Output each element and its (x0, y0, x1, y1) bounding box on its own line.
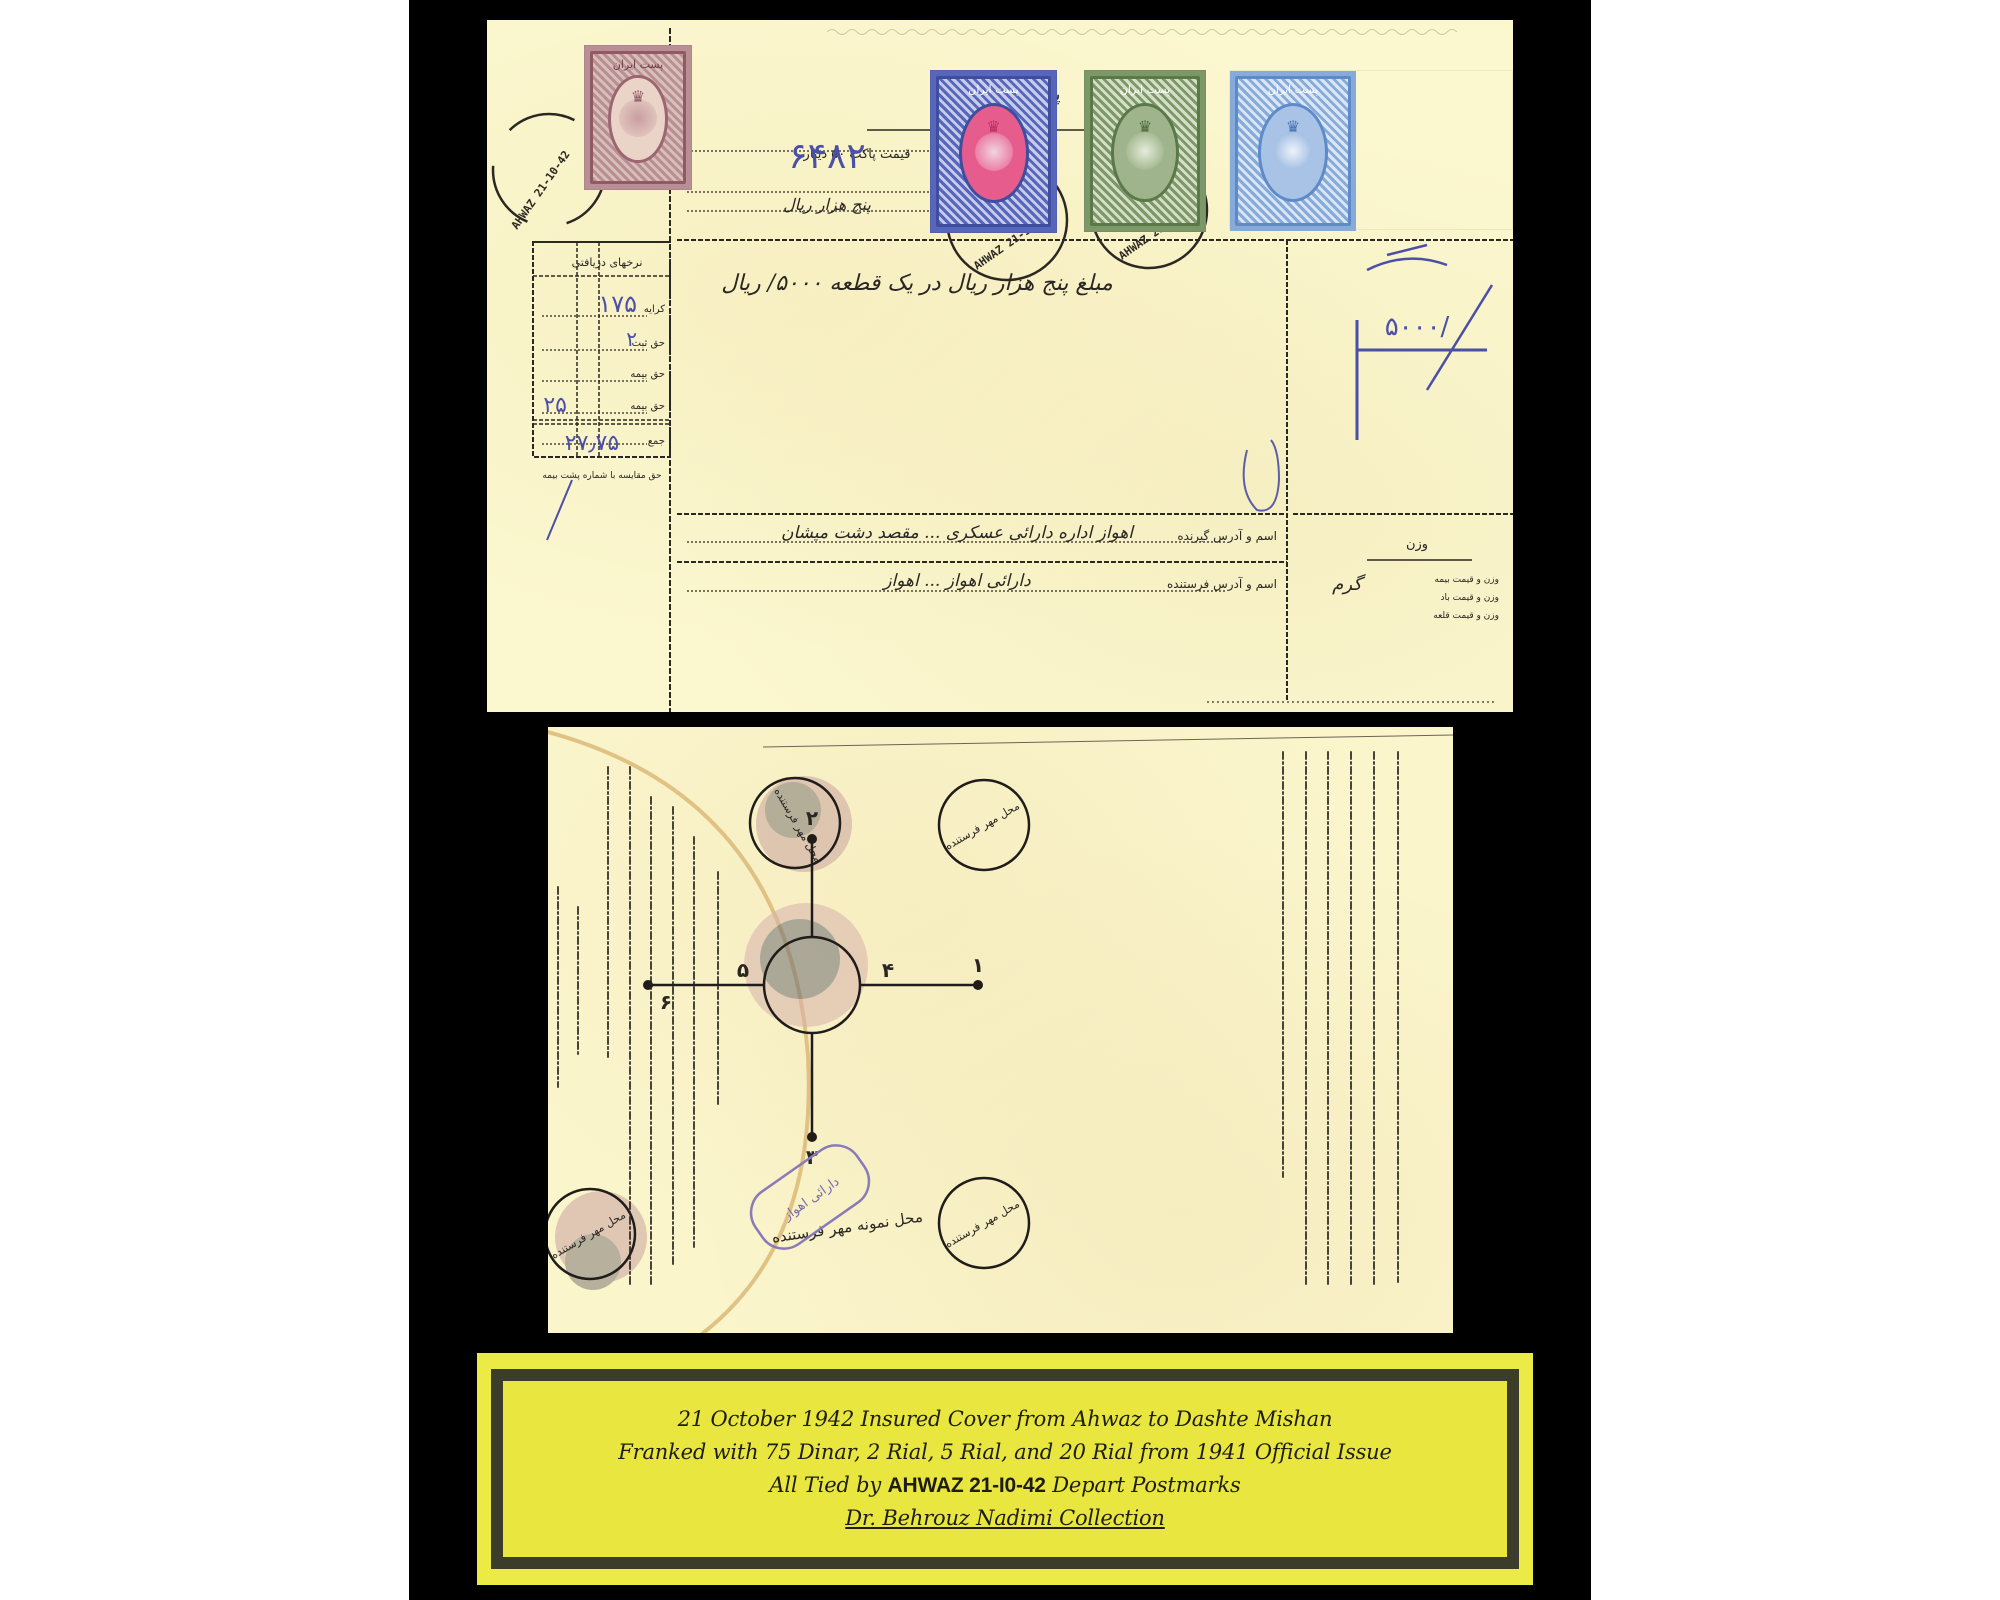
declared-value-handwritten: پنج هزار ریال (783, 195, 871, 214)
receiver-label: اسم و آدرس گیرنده (1177, 528, 1277, 544)
stamp-2-rial: ♛ پست ایران (1084, 70, 1206, 232)
fee-label-3: حق بیمه (630, 369, 665, 380)
cross-number-2: ۲ (806, 806, 818, 830)
stamp-20-rial: ♛ پست ایران (1229, 70, 1513, 230)
back-cover: ۱ ۲ ۳ ۴ ۵ ۶ محل مهر فرستنده محل مهر فرست… (548, 727, 1453, 1333)
caption-postmark-prefix: All Tied by (769, 1473, 881, 1497)
cross-number-6: ۶ (660, 990, 672, 1014)
sender-label: اسم و آدرس فرستنده (1167, 576, 1277, 592)
weight-handwritten: گرم (1332, 573, 1366, 595)
caption-frame: 21 October 1942 Insured Cover from Ahwaz… (491, 1369, 1519, 1569)
fee-value-1: ۱۷۵ (598, 290, 637, 318)
fee-value-2: ۲ (626, 327, 637, 351)
receiver-handwritten: اهواز اداره دارائی عسکری ... مقصد دشت می… (781, 523, 1135, 543)
seal-label-bottom-right: محل مهر فرستنده (943, 1197, 1022, 1250)
cross-number-1: ۱ (972, 953, 984, 977)
caption-postmark-suffix: Depart Postmarks (1052, 1473, 1240, 1497)
weight-label-1: وزن و قیمت بیمه (1434, 575, 1499, 585)
stamp-75-dinar: ♛ پست ایران (584, 45, 692, 190)
total-label: جمع (648, 436, 665, 447)
fee-value-4: ۲۵ (543, 393, 567, 418)
caption-collection-credit: Dr. Behrouz Nadimi Collection (845, 1502, 1164, 1535)
caption-line-title: 21 October 1942 Insured Cover from Ahwaz… (678, 1403, 1333, 1436)
fees-header: نرخهای دریافتی (572, 256, 643, 269)
caption-label: 21 October 1942 Insured Cover from Ahwaz… (477, 1353, 1533, 1585)
fee-label-1: کرایه (644, 304, 665, 315)
postmark-text-3: AHWAZ 21-10-42 (509, 148, 573, 231)
total-value: ۲۷٫۷۵ (565, 431, 619, 456)
cross-number-4: ۴ (882, 958, 894, 982)
caption-line-postmarks: All Tied by AHWAZ 21-I0-42 Depart Postma… (769, 1469, 1240, 1503)
sender-handwritten: دارائی اهواز ... اهواز (881, 571, 1031, 591)
weight-header: وزن (1406, 537, 1428, 552)
weight-label-2: وزن و قیمت باد (1440, 593, 1499, 603)
back-cover-art: ۱ ۲ ۳ ۴ ۵ ۶ محل مهر فرستنده محل مهر فرست… (548, 727, 1453, 1333)
registration-number: ۶۴۸۲ (788, 136, 865, 177)
margin-amount: ۵۰۰۰/ (1385, 312, 1450, 342)
svg-text:دارائی اهواز: دارائی اهواز (780, 1174, 843, 1224)
cross-number-5: ۵ (737, 958, 749, 982)
caption-line-franking: Franked with 75 Dinar, 2 Rial, 5 Rial, a… (618, 1436, 1391, 1469)
side-note: حق مقایسه با شماره پشت بیمه (542, 471, 661, 481)
front-cover: پاکت بیمه‌شده قیمت پاکت ۵۰ دینار نرخهای … (487, 20, 1513, 712)
stamp-5-rial: ♛ پست ایران (930, 70, 1057, 233)
fee-label-4: حق بیمه (630, 401, 665, 412)
weight-label-3: وزن و قیمت قلعه (1433, 611, 1499, 621)
contents-handwritten: مبلغ پنج هزار ریال در یک قطعه ۵۰۰۰/ ریال (721, 271, 1113, 296)
caption-postmark-name: AHWAZ 21-I0-42 (888, 1474, 1046, 1497)
seal-label-top-right: محل مهر فرستنده (943, 799, 1022, 852)
